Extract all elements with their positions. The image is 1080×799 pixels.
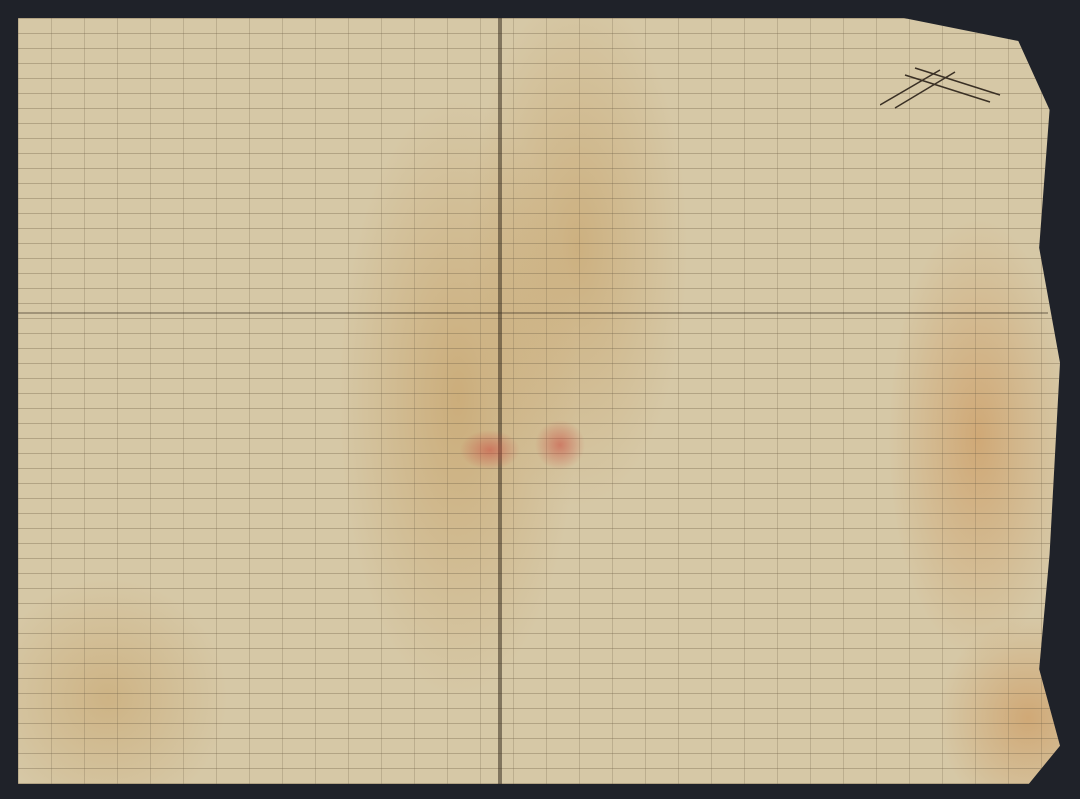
red-stamp-residue: [460, 420, 590, 480]
horizontal-fold-crease: [18, 312, 1048, 314]
aged-paper: [18, 18, 1060, 784]
pencil-cross-mark: [880, 60, 1010, 110]
vertical-fold-crease: [498, 18, 502, 784]
